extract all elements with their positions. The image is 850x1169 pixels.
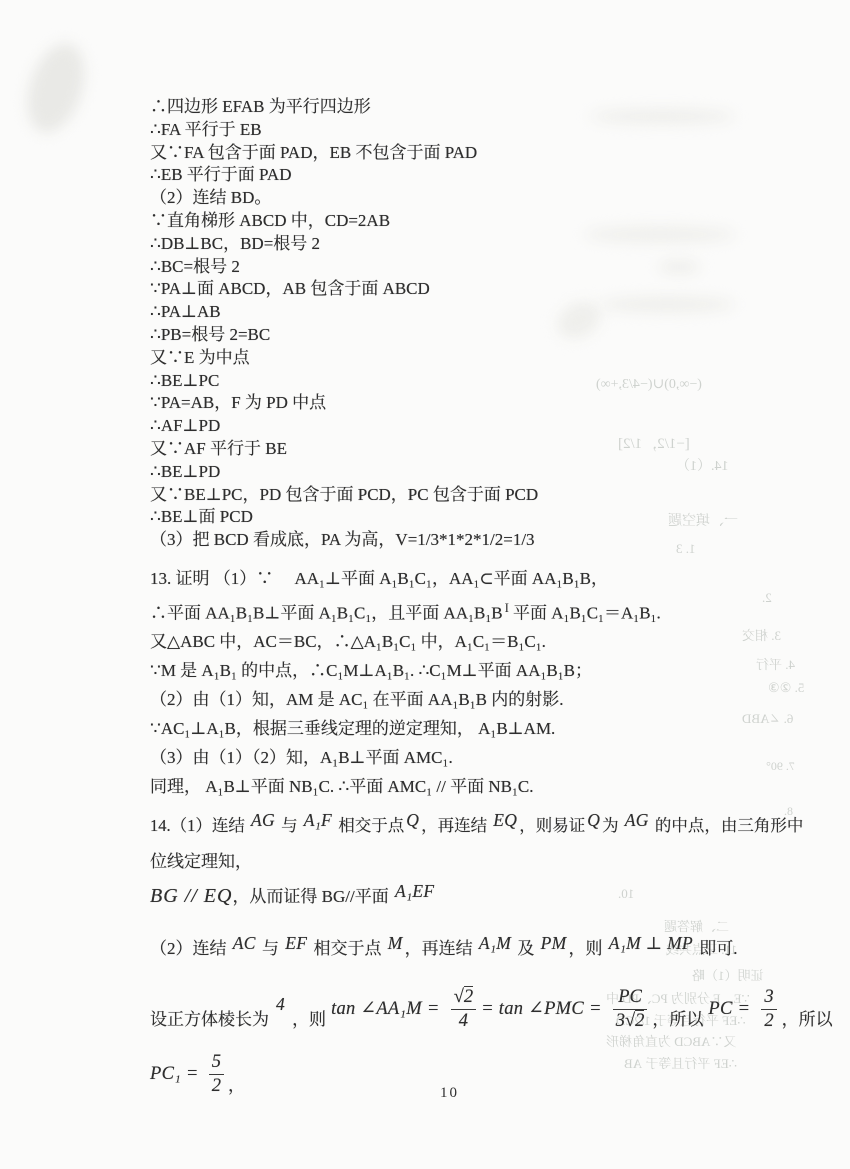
text-run: ∴EB 平行于面 PAD: [150, 165, 292, 184]
fraction-numerator: √2: [451, 987, 476, 1010]
fraction-denominator: 4: [451, 1010, 476, 1032]
text-run: ，则: [568, 939, 606, 958]
scan-smudge: [17, 36, 95, 140]
text-run: 相交于点: [334, 816, 404, 835]
section-s14: 14.（1）连结 AG 与 A₁F 相交于点Q，再连结 EQ，则易证Q为 AG …: [150, 814, 850, 1099]
text-line: PC₁ =52，: [150, 1049, 850, 1099]
text-run: 又△ABC 中，AC＝BC，∴△A₁B₁C₁ 中，A₁C₁＝B₁C₁.: [150, 632, 546, 651]
text-run: 又∵E 为中点: [150, 348, 250, 367]
math-run: PC =: [708, 999, 750, 1020]
fraction: PC3√2: [613, 987, 648, 1032]
text-line: 位线定理知，: [150, 851, 850, 874]
text-run: 又∵BE⊥PC，PD 包含于面 PCD，PC 包含于面 PCD: [150, 485, 538, 504]
radicand: 2: [635, 1010, 644, 1031]
text-line: 又△ABC 中，AC＝BC，∴△A₁B₁C₁ 中，A₁C₁＝B₁C₁.: [150, 628, 850, 657]
math-run: M: [386, 933, 405, 953]
scanned-page: { "page": { "number": "10" }, "doc": { "…: [0, 0, 850, 1169]
math-run: AG: [249, 810, 277, 830]
text-run: 即可.: [695, 939, 738, 958]
text-line: ∵直角梯形 ABCD 中，CD=2AB: [150, 210, 850, 233]
fraction: 52: [209, 1052, 224, 1097]
text-run: ∵PA⊥面 ABCD，AB 包含于面 ABCD: [150, 279, 430, 298]
text-run: ∴DB⊥BC，BD=根号 2: [150, 234, 320, 253]
math-run: 4: [274, 994, 287, 1015]
text-run: 的中点，由三角形中: [651, 816, 804, 835]
text-run: ∴FA 平行于 EB: [150, 120, 262, 139]
text-run: 与: [258, 939, 284, 958]
text-run: 相交于点: [309, 939, 386, 958]
text-run: ，: [228, 1071, 245, 1096]
text-run: ∴BE⊥PC: [150, 371, 219, 390]
text-line: ∴BE⊥面 PCD: [150, 506, 850, 529]
page-number: 10: [440, 1085, 459, 1102]
text-run: 13. 证明 （1）∵ AA₁⊥平面 A₁B₁C₁，AA₁⊂平面 AA₁B₁B，: [150, 569, 608, 588]
text-run: ∵AC₁⊥A₁B，根据三垂线定理的逆定理知， A₁B⊥AM.: [150, 719, 555, 738]
text-run: ∴AF⊥PD: [150, 416, 220, 435]
math-run: tan ∠AA₁M =: [331, 998, 440, 1020]
text-run: （2）连结: [150, 939, 231, 958]
text-run: 位线定理知，: [150, 852, 252, 871]
text-line: （3）由（1）（2）知，A₁B⊥平面 AMC₁.: [150, 744, 850, 773]
text-run: ∴BE⊥PD: [150, 462, 220, 481]
text-run: 又∵FA 包含于面 PAD，EB 不包含于面 PAD: [150, 143, 477, 162]
text-run: 又∵AF 平行于 BE: [150, 439, 287, 458]
text-run: 同理， A₁B⊥平面 NB₁C. ∴平面 AMC₁ // 平面 NB₁C.: [150, 777, 533, 796]
text-line: （3）把 BCD 看成底，PA 为高，V=1/3*1*2*1/2=1/3: [150, 529, 850, 552]
text-run: ，则: [292, 1005, 326, 1030]
math-run: A₁M: [477, 933, 513, 953]
math-run: EF: [283, 933, 309, 953]
radicand: 2: [464, 986, 473, 1007]
text-run: 设正方体棱长为: [150, 1005, 269, 1030]
text-line: 又∵AF 平行于 BE: [150, 438, 850, 461]
math-run: I: [505, 600, 509, 615]
text-line: ∵M 是 A₁B₁ 的中点，∴C₁M⊥A₁B₁. ∴C₁M⊥平面 AA₁B₁B；: [150, 657, 850, 686]
text-run: ，则易证: [519, 816, 585, 835]
math-run: EQ: [491, 810, 519, 830]
fraction-numerator: PC: [613, 987, 648, 1010]
text-run: ∴BC=根号 2: [150, 257, 240, 276]
math-run: A₁M ⊥ MP: [607, 933, 695, 953]
text-line: （2）连结 BD。: [150, 187, 850, 210]
math-run: BG // EQ: [150, 885, 232, 907]
text-line: ∵PA=AB，F 为 PD 中点: [150, 392, 850, 415]
text-line: 又∵FA 包含于面 PAD，EB 不包含于面 PAD: [150, 142, 850, 165]
text-run: 平面 A₁B₁C₁＝A₁B₁.: [513, 603, 661, 622]
text-line: 同理， A₁B⊥平面 NB₁C. ∴平面 AMC₁ // 平面 NB₁C.: [150, 773, 850, 802]
text-line: ∴PB=根号 2=BC: [150, 324, 850, 347]
text-run: ∵M 是 A₁B₁ 的中点，∴C₁M⊥A₁B₁. ∴C₁M⊥平面 AA₁B₁B；: [150, 661, 592, 680]
math-run: PM: [539, 933, 569, 953]
text-run: ，从而证得 BG//平面: [232, 887, 393, 906]
fraction-denominator: 2: [209, 1075, 224, 1097]
text-line: ∴FA 平行于 EB: [150, 119, 850, 142]
math-run: A₁F: [302, 810, 334, 830]
text-run: 14.（1）连结: [150, 816, 249, 835]
text-line: 设正方体棱长为 4，则tan ∠AA₁M =√24= tan ∠PMC =PC3…: [150, 973, 850, 1045]
text-line: BG // EQ，从而证得 BG//平面 A₁EF: [150, 883, 850, 911]
text-line: 14.（1）连结 AG 与 A₁F 相交于点Q，再连结 EQ，则易证Q为 AG …: [150, 814, 850, 838]
text-run: 及: [513, 939, 539, 958]
fraction: √24: [451, 987, 476, 1032]
math-run: A₁EF: [393, 881, 436, 901]
math-run: Q: [404, 810, 421, 830]
math-run: Q: [585, 810, 602, 830]
text-run: ∴平面 AA₁B₁B⊥平面 A₁B₁C₁，且平面 AA₁B₁B: [150, 603, 503, 622]
text-run: 与: [277, 816, 302, 835]
text-run: ，所以: [652, 1005, 703, 1030]
text-run: （3）把 BCD 看成底，PA 为高，V=1/3*1*2*1/2=1/3: [150, 530, 535, 549]
math-run: PC₁ =: [150, 1064, 199, 1085]
math-run: = tan ∠PMC =: [481, 998, 602, 1020]
text-line: ∵AC₁⊥A₁B，根据三垂线定理的逆定理知， A₁B⊥AM.: [150, 715, 850, 744]
text-run: ∴PB=根号 2=BC: [150, 325, 270, 344]
text-line: ∴BC=根号 2: [150, 256, 850, 279]
text-run: 为: [602, 816, 623, 835]
text-run: ∴PA⊥AB: [150, 302, 221, 321]
text-line: （2）由（1）知，AM 是 AC₁ 在平面 AA₁B₁B 内的射影.: [150, 686, 850, 715]
section-s12: ∴四边形 EFAB 为平行四边形∴FA 平行于 EB又∵FA 包含于面 PAD，…: [150, 96, 850, 552]
text-line: ∴BE⊥PC: [150, 370, 850, 393]
math-run: AC: [231, 933, 258, 953]
section-s13: 13. 证明 （1）∵ AA₁⊥平面 A₁B₁C₁，AA₁⊂平面 AA₁B₁B，…: [150, 565, 850, 802]
text-run: ∵直角梯形 ABCD 中，CD=2AB: [150, 211, 390, 230]
fraction-denominator: 3√2: [613, 1010, 648, 1032]
solution-text: ∴四边形 EFAB 为平行四边形∴FA 平行于 EB又∵FA 包含于面 PAD，…: [150, 96, 850, 1099]
text-line: ∴DB⊥BC，BD=根号 2: [150, 233, 850, 256]
text-run: ∴四边形 EFAB 为平行四边形: [150, 97, 371, 116]
text-line: ∴四边形 EFAB 为平行四边形: [150, 96, 850, 119]
text-run: （3）由（1）（2）知，A₁B⊥平面 AMC₁.: [150, 748, 453, 767]
text-run: ，再连结: [421, 816, 491, 835]
text-line: ∴BE⊥PD: [150, 461, 850, 484]
text-run: （2）连结 BD。: [150, 188, 271, 207]
text-run: ，再连结: [405, 939, 477, 958]
text-line: ∵PA⊥面 ABCD，AB 包含于面 ABCD: [150, 278, 850, 301]
fraction-numerator: 5: [209, 1052, 224, 1075]
text-line: ∴EB 平行于面 PAD: [150, 164, 850, 187]
text-line: ∴平面 AA₁B₁B⊥平面 A₁B₁C₁，且平面 AA₁B₁BI平面 A₁B₁C…: [150, 594, 850, 628]
text-line: 又∵BE⊥PC，PD 包含于面 PCD，PC 包含于面 PCD: [150, 484, 850, 507]
text-line: 13. 证明 （1）∵ AA₁⊥平面 A₁B₁C₁，AA₁⊂平面 AA₁B₁B，: [150, 565, 850, 594]
radical-sign: √: [454, 987, 464, 1007]
radical-sign: √: [625, 1011, 635, 1031]
fraction-numerator: 3: [761, 987, 776, 1010]
text-run: ∴BE⊥面 PCD: [150, 507, 253, 526]
text-run: （2）由（1）知，AM 是 AC₁ 在平面 AA₁B₁B 内的射影.: [150, 690, 564, 709]
text-run: ∵PA=AB，F 为 PD 中点: [150, 393, 326, 412]
text-line: ∴PA⊥AB: [150, 301, 850, 324]
text-line: ∴AF⊥PD: [150, 415, 850, 438]
text-line: 又∵E 为中点: [150, 347, 850, 370]
text-run: ，所以: [782, 1005, 833, 1030]
fraction-denominator: 2: [761, 1010, 776, 1032]
math-run: AG: [623, 810, 651, 830]
fraction: 32: [761, 987, 776, 1032]
text-line: （2）连结 AC 与 EF 相交于点 M，再连结 A₁M 及 PM，则 A₁M …: [150, 937, 850, 961]
